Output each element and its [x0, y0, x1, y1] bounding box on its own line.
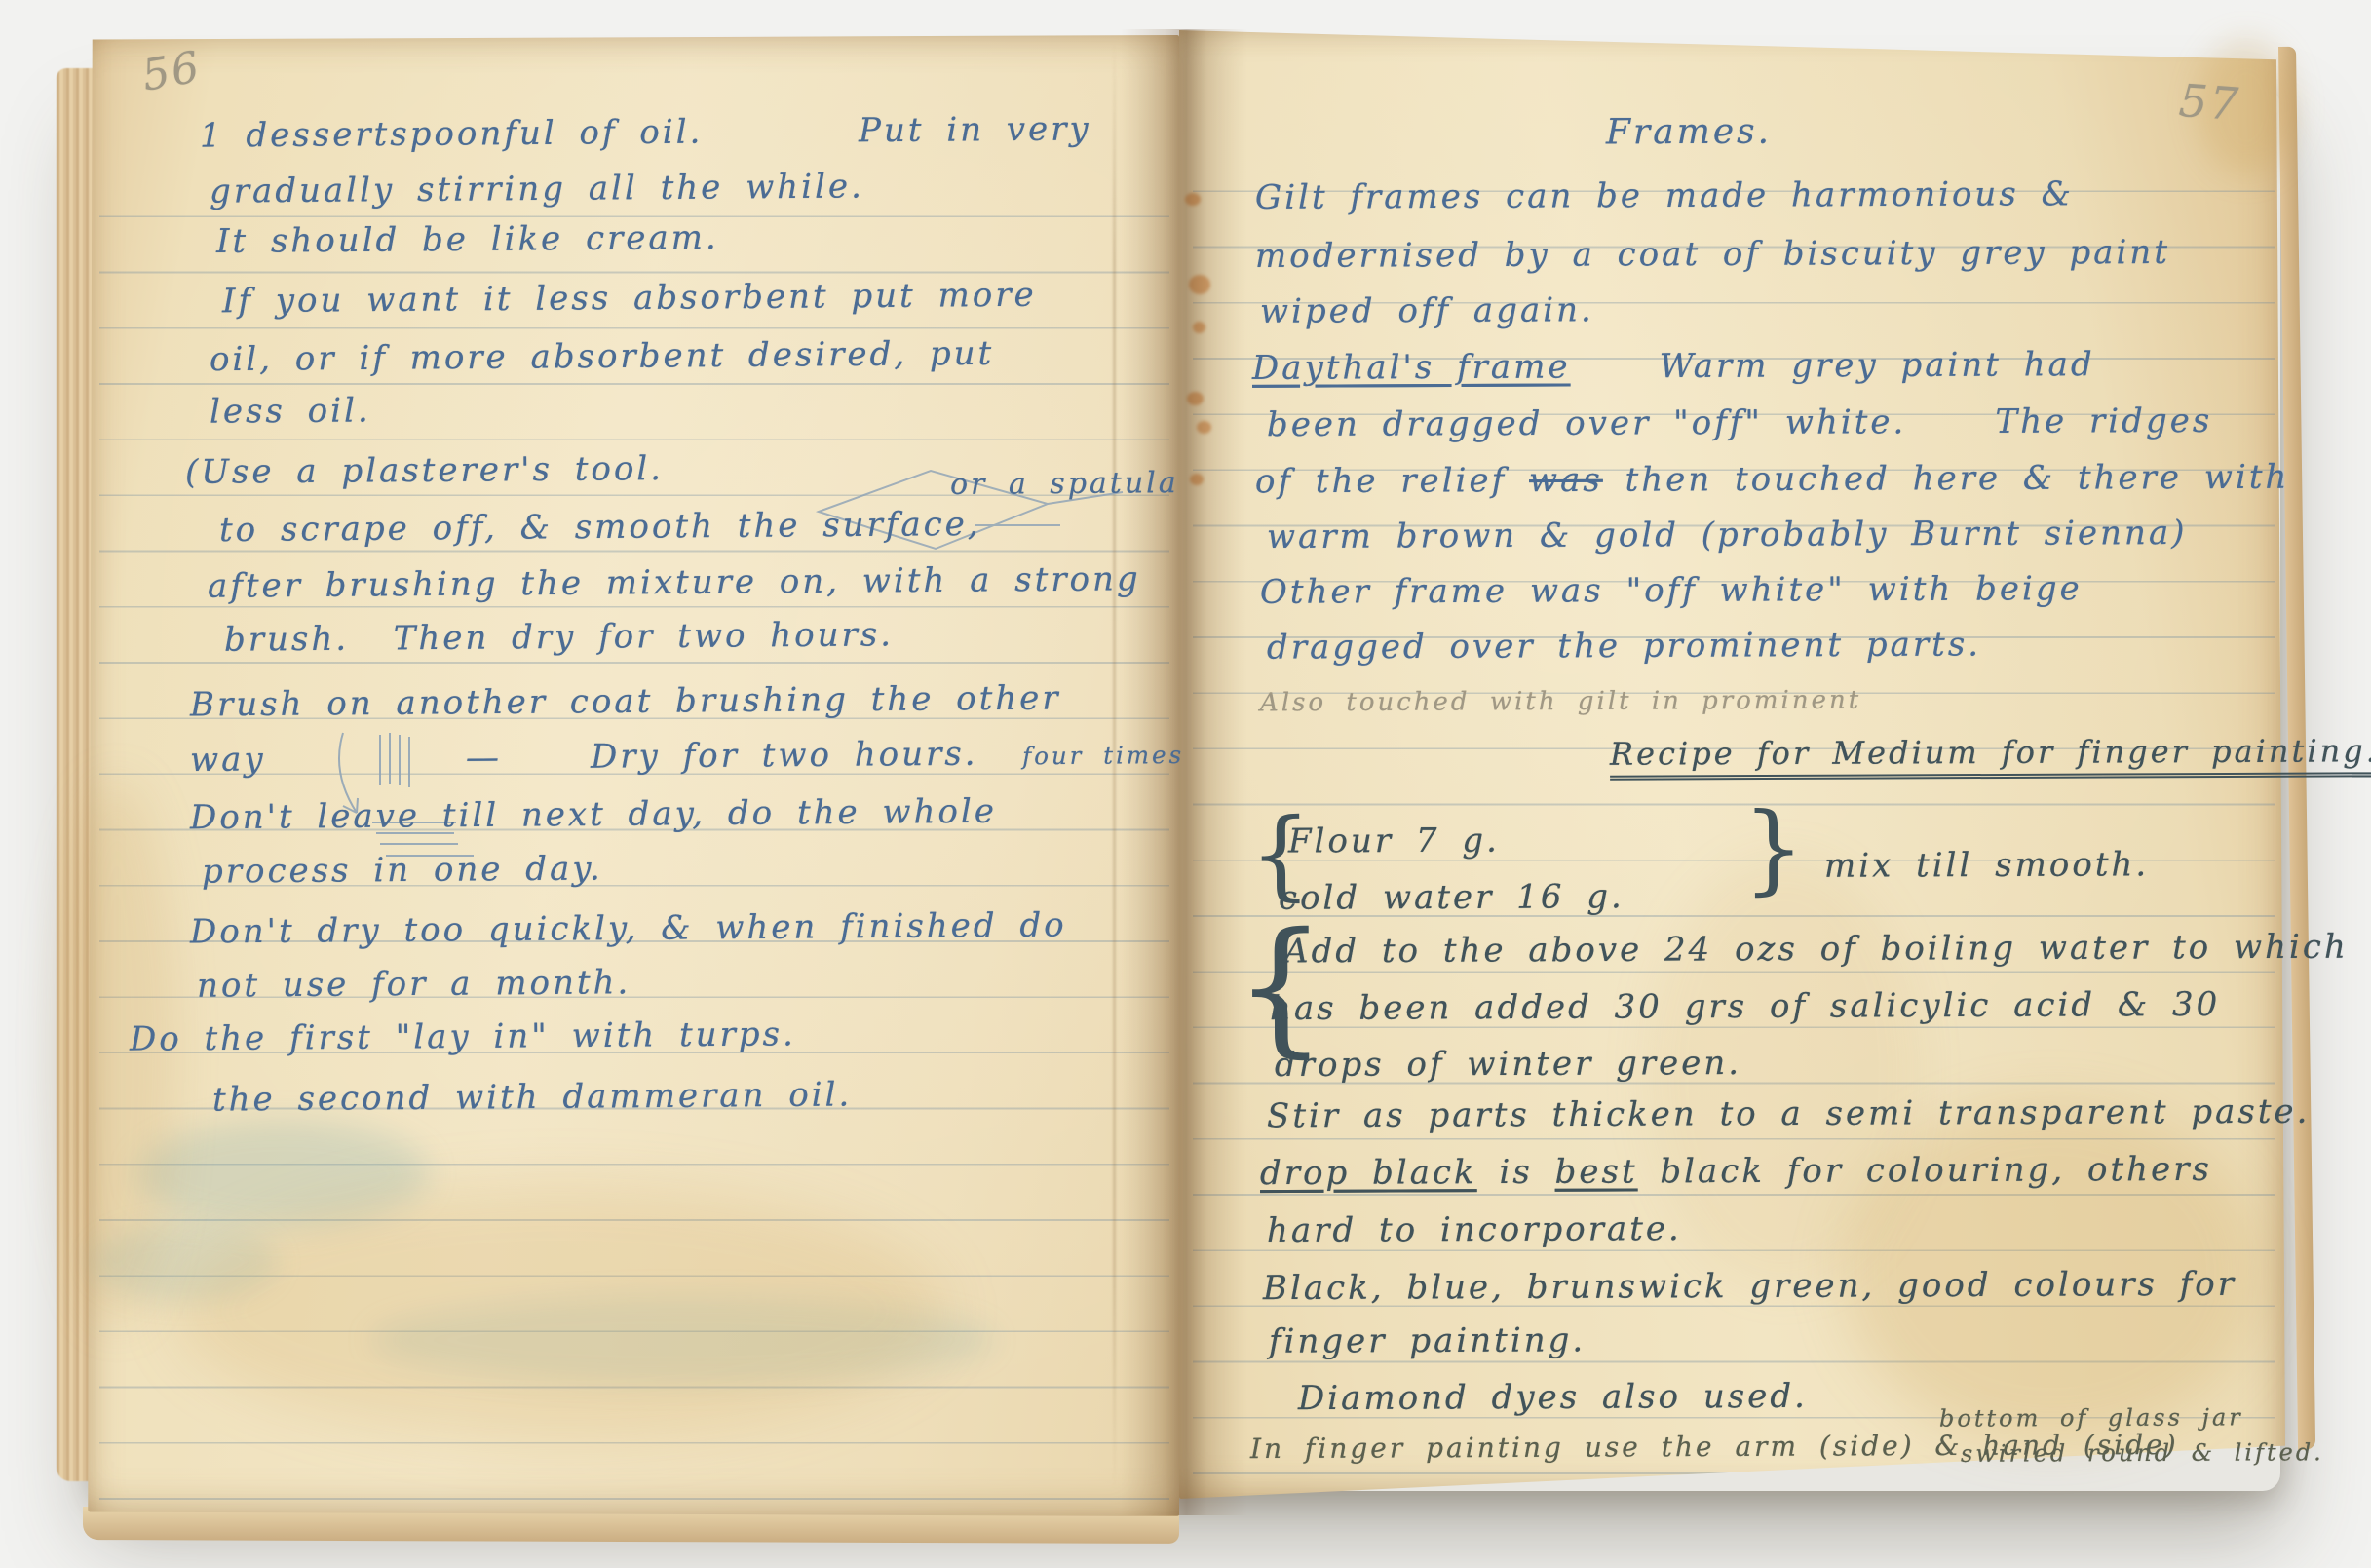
left-page — [86, 35, 1179, 1516]
page-crease — [1113, 44, 1116, 1486]
photograph-of-open-notebook: 1 dessertspoonful of oil. Put in verygra… — [0, 0, 2371, 1568]
page-edge-right — [2278, 47, 2315, 1450]
right-page — [1179, 27, 2285, 1499]
page-number-right: 57 — [2177, 74, 2241, 131]
page-number-left: 56 — [138, 42, 205, 101]
ruled-lines-left — [99, 162, 1169, 1507]
ruled-lines-right — [1193, 136, 2275, 1481]
